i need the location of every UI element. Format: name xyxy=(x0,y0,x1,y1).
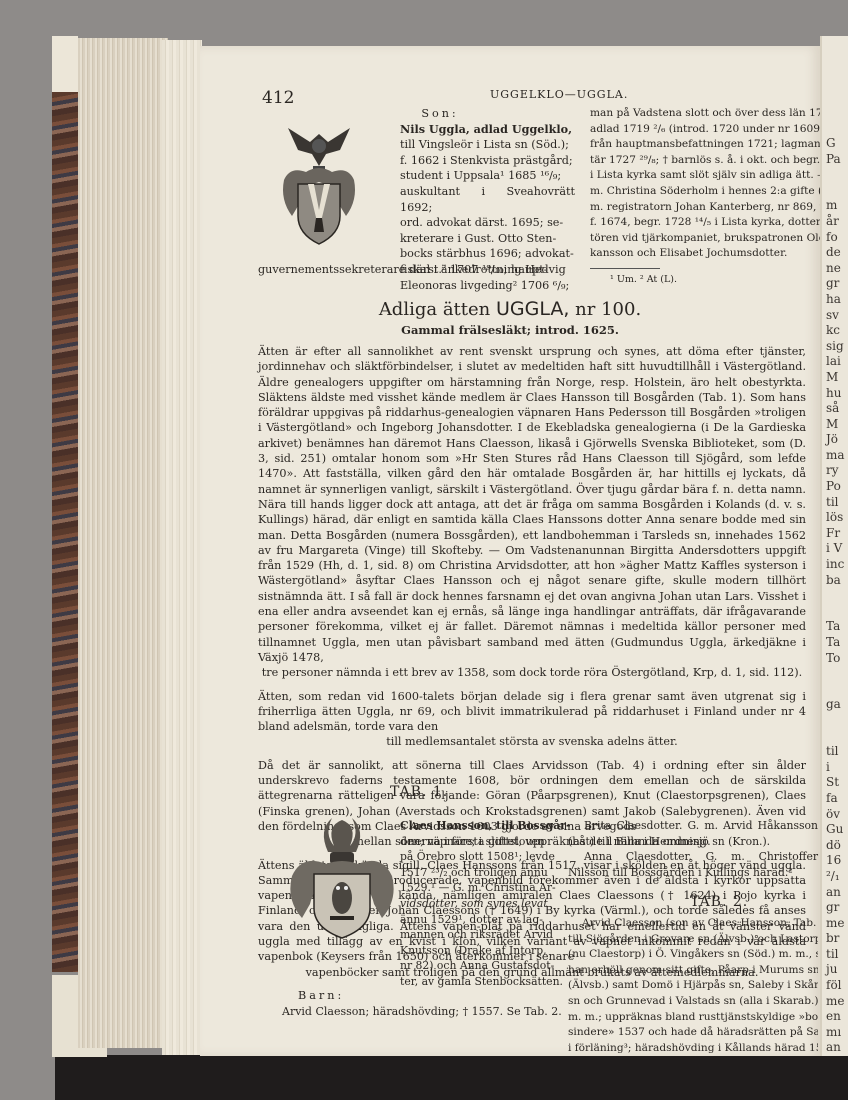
entry-line: m. Christina Söderholm i hennes 2:a gift… xyxy=(590,184,822,200)
entry-line: sn och Grunnevad i Valstads sn (alla i S… xyxy=(568,994,818,1010)
claes-hansson-entry: Claes Hansson, till Bossgår- den; väpnar… xyxy=(400,818,578,990)
entry-line: auskultant i Sveahovrätt 1692; xyxy=(400,184,575,215)
entry-line: mannen och riksrådet Arvid xyxy=(400,927,578,943)
page-number: 412 xyxy=(262,88,294,108)
child-entry: Arvid Claesson; häradshövding; † 1557. S… xyxy=(282,1004,578,1020)
entry-line: (Älvsb.) samt Domö i Hjärpås sn, Saleby … xyxy=(568,978,818,994)
family-subtitle: Gammal frälsesläkt; introd. 1625. xyxy=(200,323,820,337)
marbled-book-edge xyxy=(52,92,78,972)
entry-line: ord. advokat därst. 1695; se- xyxy=(400,215,575,231)
family-title: Adliga ätten UGGLA, nr 100. xyxy=(200,298,820,320)
book-page: 412 UGGELKLO—UGGLA. Son: Nils Uggla, adl… xyxy=(200,46,820,1056)
entry-line: (nu Claestorp) i Ö. Vingåkers sn (Söd.) … xyxy=(568,947,818,963)
entry-line: guvernementssekreterare därst.² 1707 ¹⁹/… xyxy=(258,262,578,278)
child-entry: Anna Claesdotter. G. m. Christoffer Nils… xyxy=(568,849,818,880)
entry-line: i Lista kyrka samt slöt själv sin adliga… xyxy=(590,168,822,184)
tab-1-heading: TAB. 1. xyxy=(390,784,448,800)
entry-line: Eleonoras livgeding² 1706 ⁶/₉; xyxy=(400,278,575,294)
child-entry: Brita Claesdotter. G. m. Arvid Håkansson… xyxy=(568,818,818,849)
page-stack xyxy=(162,40,202,1055)
entry-line: Arvid Claesson (son av Claes Hansson, Ta… xyxy=(568,916,818,932)
entry-line: i förläning³; häradshövding i Kållands h… xyxy=(568,1041,818,1057)
nils-uggla-entry-continued: man på Vadstena slott och över dess län … xyxy=(590,106,822,262)
entry-line: den; väpnare; i slottsloven xyxy=(400,834,578,850)
paragraph: Ätten, som redan vid 1600-talets början … xyxy=(258,689,806,750)
entry-line: ännu 1529¹, dotter av lag- xyxy=(400,912,578,928)
paragraph: Ätten är efter all sannolikhet av rent s… xyxy=(258,344,806,681)
entry-line: vidsdotter, som synes levat xyxy=(400,896,578,912)
entry-line: på Örebro slott 1508¹; levde xyxy=(400,849,578,865)
footnote-rule xyxy=(590,268,660,269)
entry-line: tär 1727 ²⁹/₈; † barnlös s. å. i okt. oc… xyxy=(590,153,822,169)
facing-page: G Pa m år fo de ne gr ha sv kc sig lai M… xyxy=(820,36,848,1056)
entry-line: 1529.¹ — G. m. Christina Ar- xyxy=(400,880,578,896)
footnotes: ¹ Um. ² At (L). xyxy=(610,274,677,285)
children-list: Brita Claesdotter. G. m. Arvid Håkansson… xyxy=(568,818,818,880)
entry-line: till Vingsleör i Lista sn (Söd.); xyxy=(400,137,575,153)
entry-line: m. registratorn Johan Kanterberg, nr 869… xyxy=(590,200,822,216)
page-stack xyxy=(78,38,168,1048)
entry-line: bocks stärbhus 1696; advokat- xyxy=(400,246,575,262)
entry-line: student i Uppsala¹ 1685 ¹⁶/₉; xyxy=(400,168,575,184)
entry-line: kreterare i Gust. Otto Sten- xyxy=(400,231,575,247)
table-surface xyxy=(55,1055,848,1100)
entry-line: Knutsson (Drake af Intorp, xyxy=(400,943,578,959)
tab-2-heading: TAB. 2. xyxy=(690,894,748,910)
entry-line: Nils Uggla, adlad Uggelklo, xyxy=(400,122,575,138)
coat-of-arms-icon xyxy=(280,120,358,248)
children-heading: Barn: xyxy=(298,988,344,1004)
family-name: UGGLA, xyxy=(496,298,569,320)
entry-line: nr 82) och Anna Gustafsdot- xyxy=(400,958,578,974)
book-cover-corner xyxy=(52,36,78,96)
entry-line: till Sjögården i Grovare sn (Älvsb.) och… xyxy=(568,932,818,948)
entry-line: man på Vadstena slott och över dess län … xyxy=(590,106,822,122)
running-head: UGGELKLO—UGGLA. xyxy=(490,88,628,101)
entry-line: f. 1662 i Stenkvista prästgård; xyxy=(400,153,575,169)
entry-line: från hauptmansbefattningen 1721; lagmans… xyxy=(590,137,822,153)
entry-line: 1517 ²³/₂ och troligen ännu xyxy=(400,865,578,881)
entry-line: m. m.; uppräknas bland rusttjänstskyldig… xyxy=(568,1010,818,1026)
entry-line: kansson och Elisabet Jochumsdotter. xyxy=(590,246,822,262)
entry-line: f. 1674, begr. 1728 ¹⁴/₅ i Lista kyrka, … xyxy=(590,215,822,231)
entry-line: adlad 1719 ²/₆ (introd. 1720 under nr 16… xyxy=(590,122,822,138)
entry-line: sindere» 1537 och hade då häradsrätten p… xyxy=(568,1025,818,1041)
entry-line: ter, av gamla Stenbocksätten. xyxy=(400,974,578,990)
entry-line: han erhöll genom sitt gifte, Påarp i Mur… xyxy=(568,963,818,979)
son-heading: Son: xyxy=(400,106,480,122)
entry-line: Claes Hansson, till Bossgår- xyxy=(400,818,578,834)
arvid-claesson-entry: Arvid Claesson (son av Claes Hansson, Ta… xyxy=(568,916,818,1056)
entry-line: tören vid tjärkompaniet, brukspatronen O… xyxy=(590,231,822,247)
facing-page-text: G Pa m år fo de ne gr ha sv kc sig lai M… xyxy=(826,136,845,1056)
coat-of-arms-icon xyxy=(286,816,398,940)
